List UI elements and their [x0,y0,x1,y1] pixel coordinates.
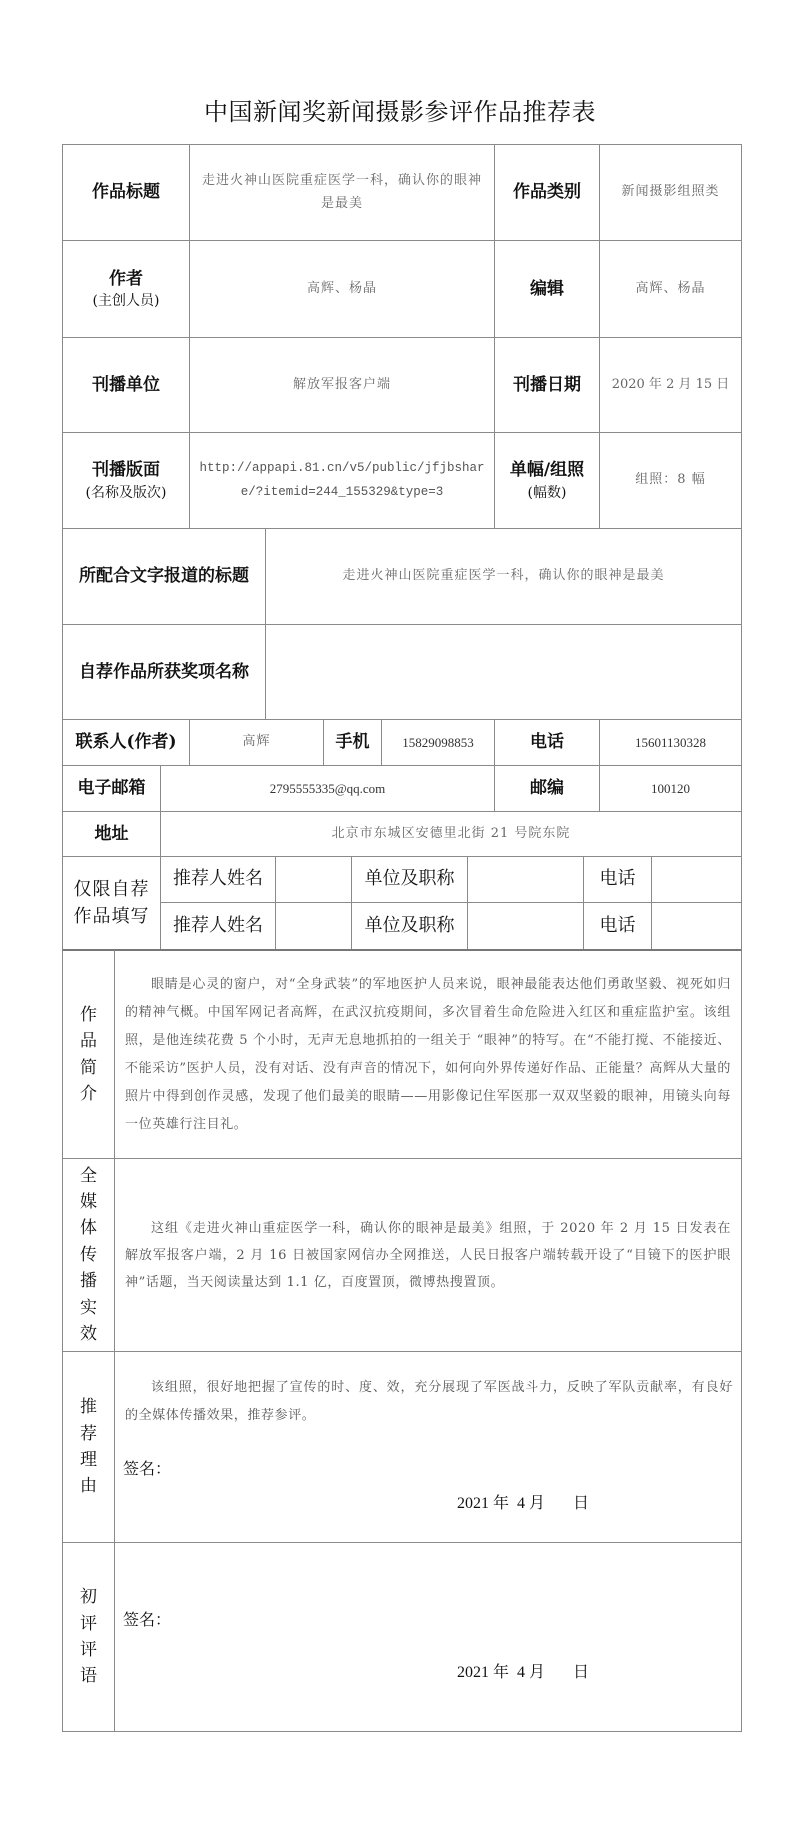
recommender-unit-label: 单位及职称 [365,913,455,939]
recommender-name-label: 推荐人姓名 [173,866,263,892]
zip-label: 邮编 [530,776,564,801]
page-title: 中国新闻奖新闻摄影参评作品推荐表 [0,92,800,127]
intro-text: 眼睛是心灵的窗户，对“全身武装”的军地医护人员来说，眼神最能表达他们勇敢坚毅、视… [115,971,741,1139]
phone-label-cell: 电话 [494,719,600,766]
article-title-value-cell[interactable]: 走进火神山医院重症医学一科，确认你的眼神是最美 [265,528,742,625]
count-value: 组照：8 幅 [629,469,711,491]
mobile-label-cell: 手机 [323,719,382,766]
recommender-1-name-label-cell: 推荐人姓名 [160,856,276,903]
article-title-label-cell: 所配合文字报道的标题 [62,528,266,625]
count-label-cell: 单幅/组照(幅数) [494,432,600,529]
phone-value-cell[interactable]: 15601130328 [599,719,742,766]
page-label: 刊播版面(名称及版次) [86,458,167,503]
author-sublabel: (主创人员) [93,291,160,311]
editor-value-cell[interactable]: 高辉、杨晶 [599,240,742,338]
author-label-text: 作者 [109,269,143,289]
count-label: 单幅/组照(幅数) [510,458,584,503]
publisher-label-cell: 刊播单位 [62,337,190,433]
recommender-unit-label: 单位及职称 [365,866,455,892]
page-sublabel: (名称及版次) [86,483,167,503]
work-type-value-cell[interactable]: 新闻摄影组照类 [599,144,742,241]
count-value-cell[interactable]: 组照：8 幅 [599,432,742,529]
recommender-1-unit-input[interactable] [467,856,584,903]
intro-text-cell[interactable]: 眼睛是心灵的窗户，对“全身武装”的军地医护人员来说，眼神最能表达他们勇敢坚毅、视… [114,949,742,1159]
recommender-phone-label: 电话 [600,913,636,939]
review-date: 2021 年 4 月 日 [457,1659,589,1682]
work-type-label-cell: 作品类别 [494,144,600,241]
editor-value: 高辉、杨晶 [629,278,711,300]
award-label: 自荐作品所获奖项名称 [79,660,249,685]
recommender-name-label: 推荐人姓名 [173,913,263,939]
reason-text: 该组照，很好地把握了宣传的时、度、效，充分展现了军医战斗力，反映了军队贡献率，有… [115,1374,743,1430]
recommender-2-name-input[interactable] [275,902,352,950]
author-value-cell[interactable]: 高辉、杨晶 [189,240,495,338]
author-label-cell: 作者(主创人员) [62,240,190,338]
review-sign-label: 签名： [123,1607,171,1630]
reason-label: 推荐理由 [79,1394,99,1499]
email-label: 电子邮箱 [78,776,146,801]
award-label-cell: 自荐作品所获奖项名称 [62,624,266,720]
reason-sign-label: 签名： [123,1456,171,1479]
work-type-value: 新闻摄影组照类 [615,181,725,203]
reason-date: 2021 年 4 月 日 [457,1490,589,1513]
zip-value-cell[interactable]: 100120 [599,765,742,812]
contact-label: 联系人(作者) [75,730,176,755]
email-value-cell[interactable]: 2795555335@qq.com [160,765,495,812]
media-text-cell[interactable]: 这组《走进火神山重症医学一科，确认你的眼神是最美》组照，于 2020 年 2 月… [114,1158,742,1352]
email-label-cell: 电子邮箱 [62,765,161,812]
recommender-2-unit-label-cell: 单位及职称 [351,902,468,950]
review-cell[interactable]: 签名： 2021 年 4 月 日 [114,1542,742,1732]
work-title-label: 作品标题 [92,180,160,205]
phone-value: 15601130328 [635,735,706,751]
contact-value-cell[interactable]: 高辉 [189,719,324,766]
phone-label: 电话 [530,730,564,755]
intro-label-cell: 作品简介 [62,949,115,1159]
recommender-phone-label: 电话 [600,866,636,892]
pub-date-label-cell: 刊播日期 [494,337,600,433]
count-sublabel: (幅数) [510,483,584,503]
pub-date-value: 2020 年 2 月 15 日 [610,374,732,396]
page-label-text: 刊播版面 [92,460,160,480]
zip-value: 100120 [651,781,690,797]
editor-label: 编辑 [530,277,564,302]
address-label-cell: 地址 [62,811,161,857]
editor-label-cell: 编辑 [494,240,600,338]
email-value: 2795555335@qq.com [270,781,386,797]
page-label-cell: 刊播版面(名称及版次) [62,432,190,529]
publisher-value: 解放军报客户端 [287,374,397,396]
mobile-value-cell[interactable]: 15829098853 [381,719,495,766]
address-value-cell[interactable]: 北京市东城区安德里北街 21 号院东院 [160,811,742,857]
recommender-1-phone-input[interactable] [651,856,742,903]
recommender-2-phone-label-cell: 电话 [583,902,652,950]
work-type-label: 作品类别 [513,180,581,205]
zip-label-cell: 邮编 [494,765,600,812]
work-title-value-cell[interactable]: 走进火神山医院重症医学一科，确认你的眼神是最美 [189,144,495,241]
recommender-1-phone-label-cell: 电话 [583,856,652,903]
count-label-text: 单幅/组照 [510,460,584,480]
author-value: 高辉、杨晶 [301,278,383,300]
recommender-1-name-input[interactable] [275,856,352,903]
contact-value: 高辉 [236,731,276,753]
address-label: 地址 [95,822,129,847]
publisher-value-cell[interactable]: 解放军报客户端 [189,337,495,433]
self-recommend-label: 仅限自荐作品填写 [63,876,160,930]
media-label: 全媒体传播实效 [79,1163,99,1347]
media-text: 这组《走进火神山重症医学一科，确认你的眼神是最美》组照，于 2020 年 2 月… [115,1215,741,1296]
self-recommend-label-cell: 仅限自荐作品填写 [62,856,161,950]
media-label-cell: 全媒体传播实效 [62,1158,115,1352]
address-value: 北京市东城区安德里北街 21 号院东院 [326,823,577,845]
pub-date-value-cell[interactable]: 2020 年 2 月 15 日 [599,337,742,433]
mobile-label: 手机 [336,730,370,755]
author-label: 作者(主创人员) [93,267,160,312]
contact-label-cell: 联系人(作者) [62,719,190,766]
intro-label: 作品简介 [79,1002,99,1107]
article-title-label: 所配合文字报道的标题 [79,564,249,589]
work-title-label-cell: 作品标题 [62,144,190,241]
work-title-value: 走进火神山医院重症医学一科，确认你的眼神是最美 [190,170,494,214]
recommender-2-name-label-cell: 推荐人姓名 [160,902,276,950]
reason-label-cell: 推荐理由 [62,1351,115,1543]
page-value-cell[interactable]: http://appapi.81.cn/v5/public/jfjbshare/… [189,432,495,529]
award-value-cell[interactable] [265,624,742,720]
pub-date-label: 刊播日期 [513,373,581,398]
recommender-2-unit-input[interactable] [467,902,584,950]
publisher-label: 刊播单位 [92,373,160,398]
recommender-1-unit-label-cell: 单位及职称 [351,856,468,903]
review-label-cell: 初评评语 [62,1542,115,1732]
page-url-link[interactable]: http://appapi.81.cn/v5/public/jfjbshare/… [190,457,494,505]
review-label: 初评评语 [79,1584,99,1689]
mobile-value: 15829098853 [402,735,474,751]
article-title-value: 走进火神山医院重症医学一科，确认你的眼神是最美 [336,565,670,587]
reason-cell[interactable]: 该组照，很好地把握了宣传的时、度、效，充分展现了军医战斗力，反映了军队贡献率，有… [114,1351,742,1543]
recommender-2-phone-input[interactable] [651,902,742,950]
